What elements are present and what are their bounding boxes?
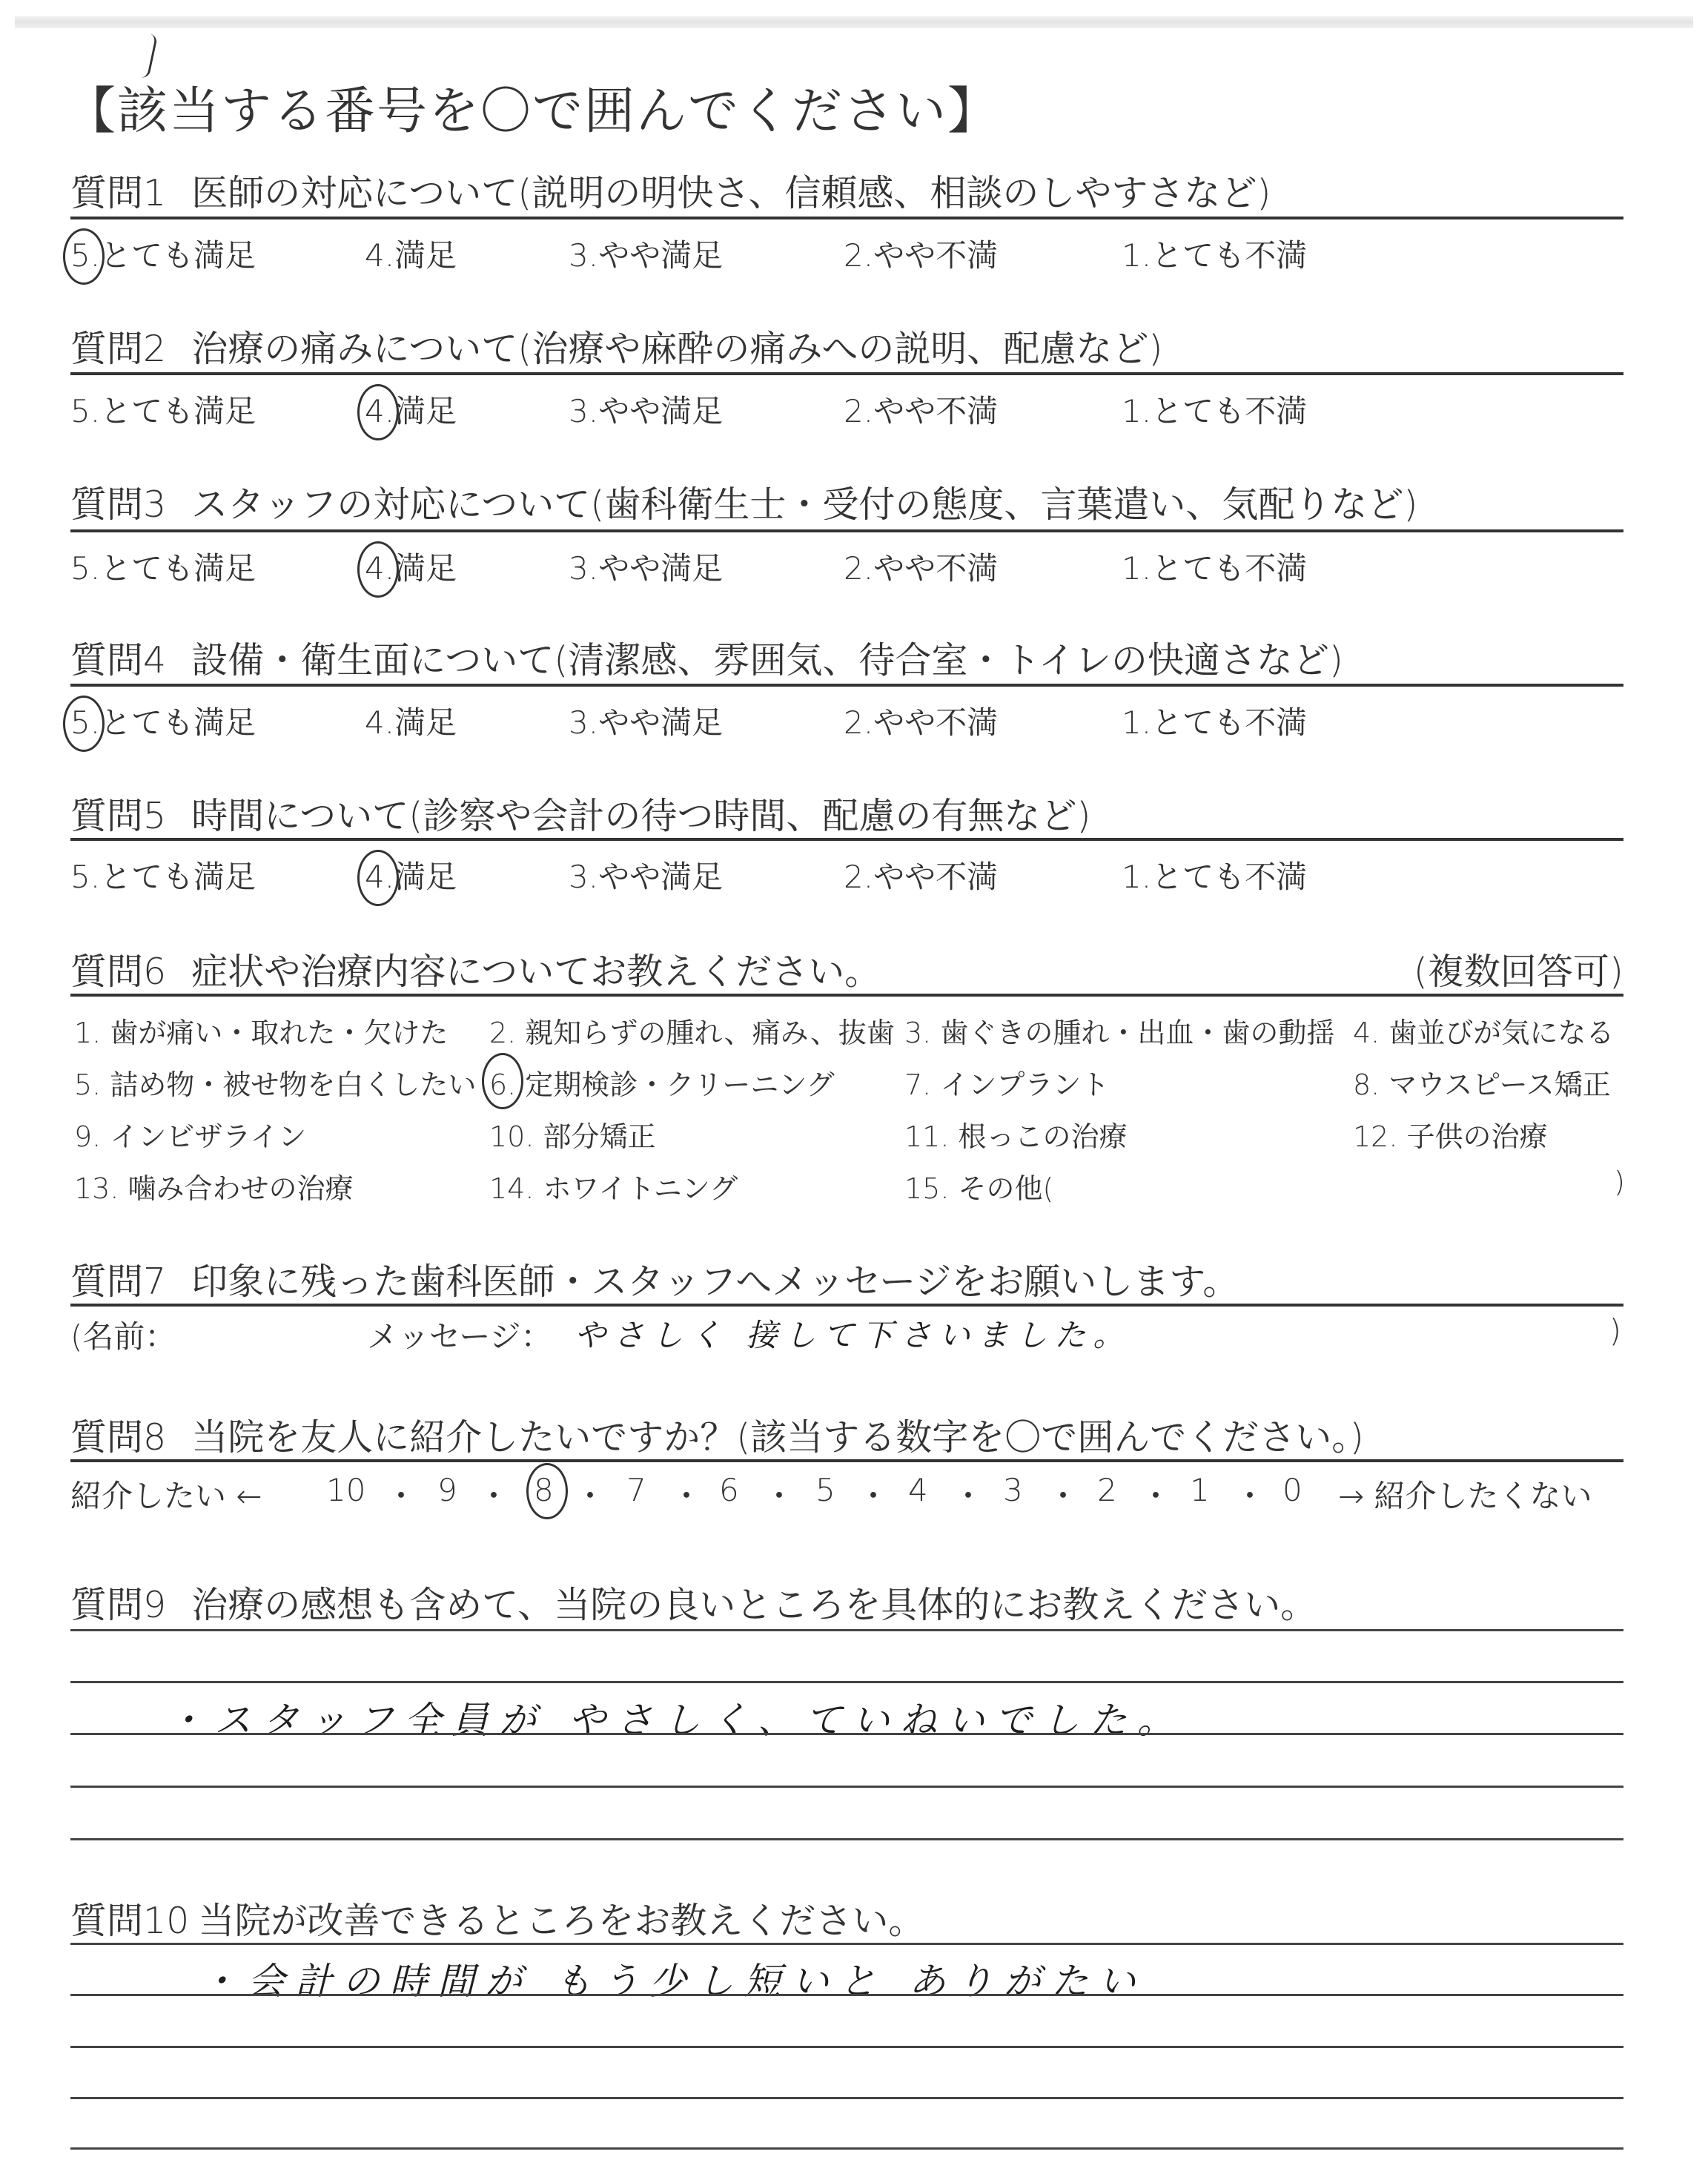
question-8-title: 質問8当院を友人に紹介したいですか？(該当する数字を〇で囲んでください。): [70, 1409, 1364, 1461]
option-3[interactable]: 3.やや満足: [569, 698, 723, 743]
question-9-title: 質問9治療の感想も含めて、当院の良いところを具体的にお教えください。: [70, 1576, 1317, 1628]
question-3-rule: [70, 529, 1623, 532]
question-8-rule: [70, 1459, 1623, 1462]
option-1[interactable]: 1.とても不満: [1122, 853, 1307, 897]
question-number: 質問1: [70, 172, 166, 214]
question-1-rule: [70, 217, 1623, 219]
scan-edge-bar: [15, 16, 1693, 28]
question-text: 設備・衛生面について(清潔感、雰囲気、待合室・トイレの快適さなど): [191, 639, 1343, 681]
question-text: スタッフの対応について(歯科衛生士・受付の態度、言葉遣い、気配りなど): [191, 483, 1417, 526]
question-3-title: 質問3スタッフの対応について(歯科衛生士・受付の態度、言葉遣い、気配りなど): [70, 476, 1417, 528]
scale-8-selected[interactable]: 8: [534, 1472, 554, 1508]
option-4[interactable]: 4.満足: [365, 231, 457, 276]
symptom-option-2[interactable]: 2. 親知らずの腫れ、痛み、抜歯: [489, 1010, 895, 1051]
circle-mark-icon: [63, 228, 105, 285]
scale-7[interactable]: 7: [626, 1472, 646, 1508]
option-5-selected[interactable]: 5.とても満足: [70, 237, 256, 274]
symptom-option-15-other[interactable]: 15. その他(: [904, 1166, 1053, 1206]
option-4-selected[interactable]: 4.満足: [365, 550, 457, 587]
question-number: 質問7: [70, 1261, 166, 1303]
scale-0[interactable]: 0: [1282, 1472, 1302, 1508]
question-text: 時間について(診察や会計の待つ時間、配慮の有無など): [191, 795, 1090, 837]
scale-10[interactable]: 10: [326, 1472, 365, 1508]
symptom-option-6-selected[interactable]: 6. 定期検診・クリーニング: [489, 1062, 835, 1103]
question-2-title: 質問2治療の痛みについて(治療や麻酔の痛みへの説明、配慮など): [70, 320, 1162, 372]
message-line: (名前： メッセージ： やさしく 接して下さいました。 ): [70, 1312, 1627, 1357]
question-number: 質問5: [70, 795, 166, 837]
question-text: 治療の痛みについて(治療や麻酔の痛みへの説明、配慮など): [191, 328, 1162, 370]
symptom-option-1[interactable]: 1. 歯が痛い・取れた・欠けた: [74, 1010, 448, 1051]
circle-mark-icon: [482, 1053, 523, 1109]
symptom-option-11[interactable]: 11. 根っこの治療: [904, 1114, 1128, 1155]
checklist-row: 9. インビザライン 10. 部分矯正 11. 根っこの治療 12. 子供の治療: [74, 1114, 1631, 1151]
question-5-title: 質問5時間について(診察や会計の待つ時間、配慮の有無など): [70, 787, 1090, 839]
scale-dot: ・: [1047, 1472, 1079, 1516]
option-1[interactable]: 1.とても不満: [1122, 544, 1307, 589]
question-6-rule: [70, 994, 1623, 997]
scale-dot: ・: [385, 1472, 417, 1516]
scale-3[interactable]: 3: [1003, 1472, 1023, 1508]
scale-left-label: 紹介したい ←: [70, 1472, 262, 1516]
question-text: 医師の対応について(説明の明快さ、信頼感、相談のしやすさなど): [191, 172, 1271, 214]
answer-line: [70, 2097, 1623, 2099]
symptom-option-3[interactable]: 3. 歯ぐきの腫れ・出血・歯の動揺: [904, 1010, 1334, 1051]
circle-mark-icon: [357, 384, 399, 440]
question-5-rule: [70, 838, 1623, 841]
circle-mark-icon: [357, 541, 399, 598]
question-2-rule: [70, 372, 1623, 375]
answer-line: [70, 1838, 1623, 1840]
answer-line: [70, 1629, 1623, 1631]
symptom-option-12[interactable]: 12. 子供の治療: [1353, 1114, 1548, 1155]
circle-mark-icon: [526, 1463, 568, 1519]
question-number: 質問8: [70, 1416, 166, 1459]
symptom-option-9[interactable]: 9. インビザライン: [74, 1114, 306, 1155]
scale-dot: ・: [1234, 1472, 1265, 1516]
scale-1[interactable]: 1: [1190, 1472, 1210, 1508]
option-3[interactable]: 3.やや満足: [569, 387, 723, 432]
answer-line: [70, 1733, 1623, 1735]
option-2[interactable]: 2.やや不満: [844, 698, 998, 743]
scale-4[interactable]: 4: [908, 1472, 928, 1508]
option-1[interactable]: 1.とても不満: [1122, 698, 1307, 743]
question-number: 質問4: [70, 639, 166, 681]
symptom-option-4[interactable]: 4. 歯並びが気になる: [1353, 1010, 1614, 1051]
checklist-row: 13. 噛み合わせの治療 14. ホワイトニング 15. その他( ): [74, 1166, 1631, 1203]
question-7-rule: [70, 1304, 1623, 1307]
question-text: 症状や治療内容についてお教えください。: [191, 951, 881, 993]
symptom-option-7[interactable]: 7. インプラント: [904, 1062, 1109, 1103]
option-2[interactable]: 2.やや不満: [844, 231, 998, 276]
option-5[interactable]: 5.とても満足: [70, 544, 256, 589]
answer-line: [70, 1994, 1623, 1996]
option-5-selected[interactable]: 5.とても満足: [70, 704, 256, 741]
option-5[interactable]: 5.とても満足: [70, 387, 256, 432]
recommend-scale: 紹介したい ← 10 ・ 9 ・ 8 ・ 7 ・ 6 ・ 5 ・ 4 ・ 3 ・…: [70, 1472, 1627, 1516]
answer-line: [70, 1681, 1623, 1683]
question-7-title: 質問7印象に残った歯科医師・スタッフへメッセージをお願いします。: [70, 1253, 1239, 1305]
checklist-row: 1. 歯が痛い・取れた・欠けた 2. 親知らずの腫れ、痛み、抜歯 3. 歯ぐきの…: [74, 1010, 1631, 1047]
answer-line: [70, 2046, 1623, 2048]
symptom-option-13[interactable]: 13. 噛み合わせの治療: [74, 1166, 354, 1206]
question-number: 質問6: [70, 951, 166, 993]
question-text: 当院を友人に紹介したいですか？(該当する数字を〇で囲んでください。): [191, 1416, 1364, 1459]
question-1-title: 質問1医師の対応について(説明の明快さ、信頼感、相談のしやすさなど): [70, 165, 1271, 217]
question-number: 質問9: [70, 1584, 166, 1626]
question-3-options: 5.とても満足 4.満足 3.やや満足 2.やや不満 1.とても不満: [70, 544, 1627, 581]
multiple-answers-note: (複数回答可): [1414, 943, 1623, 995]
question-number: 質問3: [70, 483, 166, 526]
option-2[interactable]: 2.やや不満: [844, 544, 998, 589]
scale-9[interactable]: 9: [437, 1472, 457, 1508]
question-text: 印象に残った歯科医師・スタッフへメッセージをお願いします。: [191, 1261, 1239, 1303]
symptom-option-8[interactable]: 8. マウスピース矯正: [1353, 1062, 1611, 1103]
option-2[interactable]: 2.やや不満: [844, 387, 998, 432]
scale-dot: ・: [858, 1472, 889, 1516]
close-paren: ): [1609, 1312, 1621, 1349]
circle-mark-icon: [357, 850, 399, 906]
question-2-options: 5.とても満足 4.満足 3.やや満足 2.やや不満 1.とても不満: [70, 387, 1627, 424]
symptom-option-14[interactable]: 14. ホワイトニング: [489, 1166, 738, 1206]
answer-line: [70, 2147, 1623, 2150]
question-4-title: 質問4設備・衛生面について(清潔感、雰囲気、待合室・トイレの快適さなど): [70, 632, 1343, 684]
scale-dot: ・: [764, 1472, 795, 1516]
question-10-answer[interactable]: ・会計の時間が もう少し短いと ありがたい: [200, 1952, 1146, 2005]
question-4-options: 5.とても満足 4.満足 3.やや満足 2.やや不満 1.とても不満: [70, 698, 1627, 736]
scale-5[interactable]: 5: [815, 1472, 835, 1508]
answer-line: [70, 1943, 1623, 1945]
option-3[interactable]: 3.やや満足: [569, 544, 723, 589]
scale-2[interactable]: 2: [1097, 1472, 1117, 1508]
question-1-options: 5.とても満足 4.満足 3.やや満足 2.やや不満 1.とても不満: [70, 231, 1627, 268]
form-title: 【該当する番号を〇で囲んでください】: [65, 71, 999, 143]
question-10-title: 質問10当院が改善できるところをお教えください。: [70, 1892, 924, 1944]
option-4[interactable]: 4.満足: [365, 698, 457, 743]
question-5-options: 5.とても満足 4.満足 3.やや満足 2.やや不満 1.とても不満: [70, 853, 1627, 890]
symptom-option-5[interactable]: 5. 詰め物・被せ物を白くしたい: [74, 1062, 476, 1103]
option-1[interactable]: 1.とても不満: [1122, 387, 1307, 432]
scale-dot: ・: [478, 1472, 509, 1516]
option-4-selected[interactable]: 4.満足: [365, 393, 457, 429]
answer-line: [70, 1786, 1623, 1788]
question-9-answer[interactable]: ・スタッフ全員が やさしく、ていねいでした。: [167, 1691, 1185, 1744]
name-label: (名前：: [70, 1312, 176, 1357]
option-2[interactable]: 2.やや不満: [844, 853, 998, 897]
circle-mark-icon: [63, 696, 105, 752]
option-3[interactable]: 3.やや満足: [569, 231, 723, 276]
question-text: 治療の感想も含めて、当院の良いところを具体的にお教えください。: [191, 1584, 1317, 1626]
option-1[interactable]: 1.とても不満: [1122, 231, 1307, 276]
scale-dot: ・: [671, 1472, 702, 1516]
question-4-rule: [70, 684, 1623, 687]
symptom-option-10[interactable]: 10. 部分矯正: [489, 1114, 656, 1155]
question-number: 質問10: [70, 1900, 189, 1942]
scale-dot: ・: [1140, 1472, 1171, 1516]
other-close-paren: ): [1614, 1166, 1625, 1198]
checklist-row: 5. 詰め物・被せ物を白くしたい 6. 定期検診・クリーニング 7. インプラン…: [74, 1062, 1631, 1099]
scale-dot: ・: [953, 1472, 984, 1516]
question-6-title: 質問6症状や治療内容についてお教えください。: [70, 943, 881, 995]
option-5[interactable]: 5.とても満足: [70, 853, 256, 897]
scale-right-label: → 紹介したくない: [1338, 1472, 1592, 1516]
message-field[interactable]: やさしく 接して下さいました。: [575, 1311, 1131, 1355]
scale-6[interactable]: 6: [719, 1472, 739, 1508]
message-label: メッセージ：: [367, 1312, 552, 1357]
scale-dot: ・: [575, 1472, 606, 1516]
question-number: 質問2: [70, 328, 166, 370]
option-3[interactable]: 3.やや満足: [569, 853, 723, 897]
question-text: 当院が改善できるところをお教えください。: [198, 1900, 924, 1942]
option-4-selected[interactable]: 4.満足: [365, 859, 457, 895]
